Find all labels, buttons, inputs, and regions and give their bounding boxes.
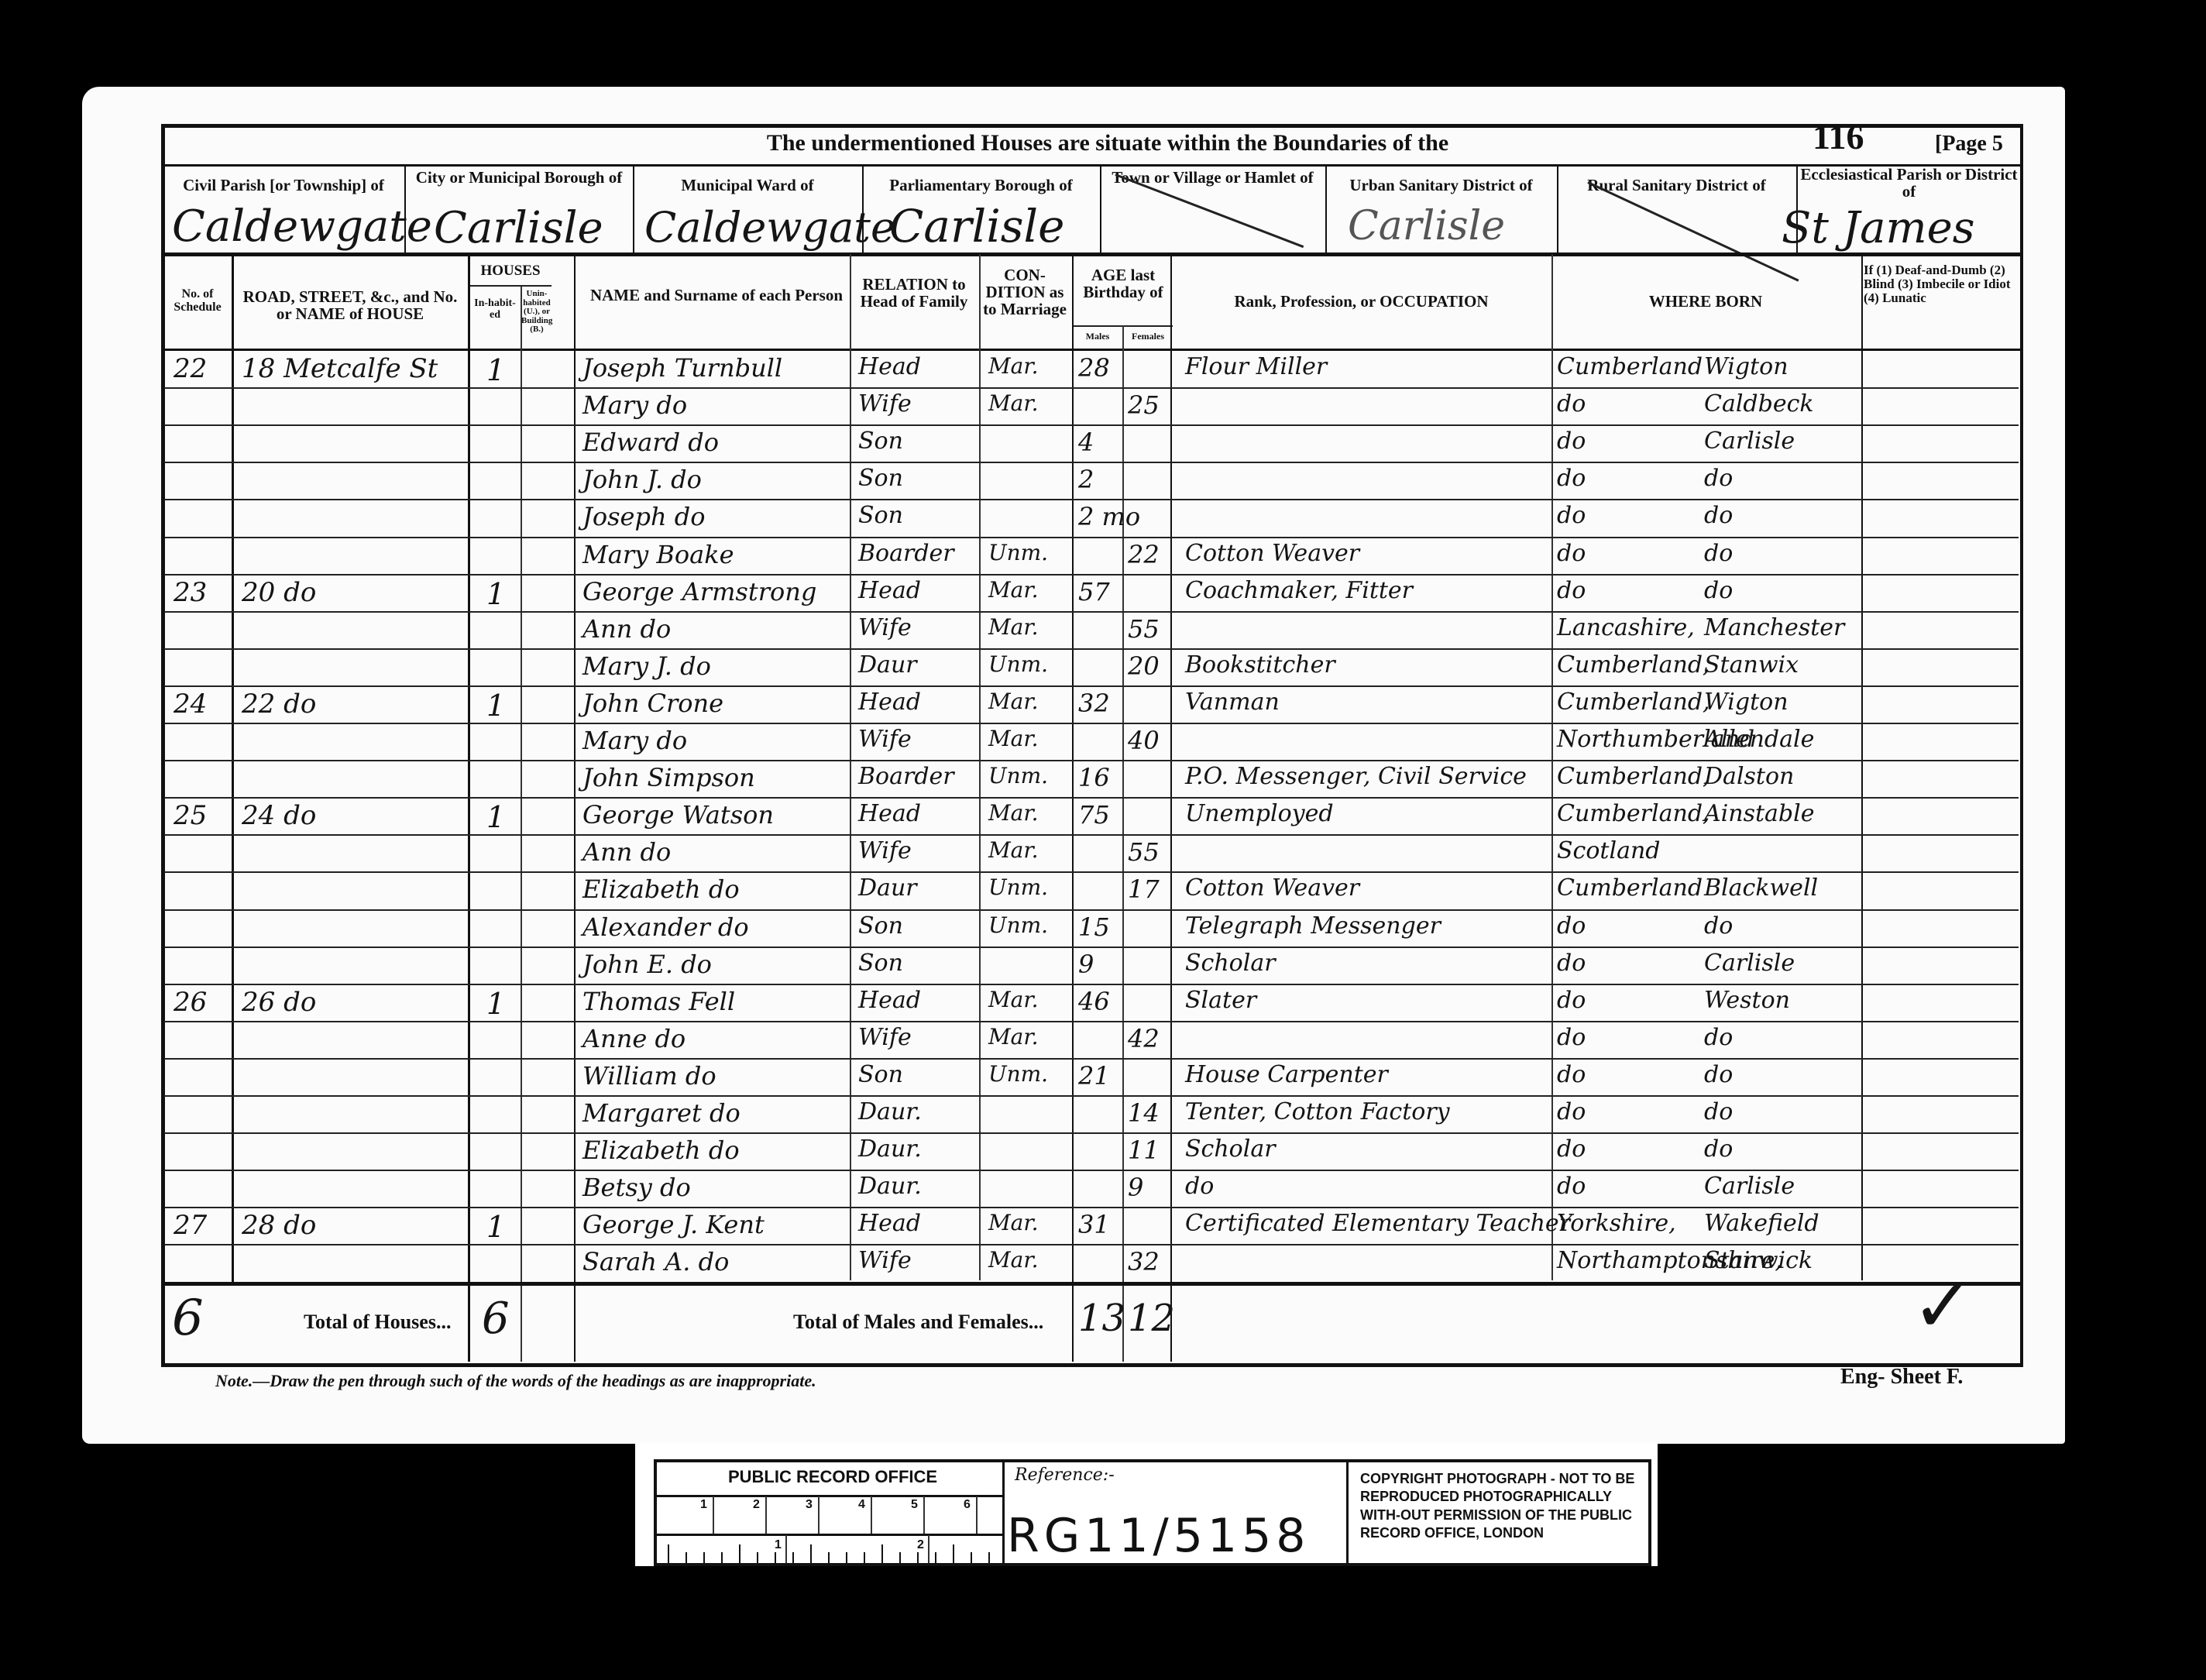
cell-name: John Crone — [582, 689, 723, 718]
cell-name: Sarah A. do — [582, 1247, 729, 1276]
page-title: The undermentioned Houses are situate wi… — [759, 130, 1456, 156]
cell-condition: Mar. — [988, 689, 1039, 714]
scale-label: 4 — [858, 1498, 865, 1512]
cell-born-county: do — [1557, 912, 1586, 940]
cell-condition: Unm. — [988, 763, 1048, 788]
cell-road: 24 do — [242, 800, 316, 831]
cell-road: 26 do — [242, 987, 316, 1018]
cell-female-age: 42 — [1128, 1024, 1160, 1053]
cell-relation: Boarder — [858, 540, 954, 567]
cell-born-county: do — [1557, 1098, 1586, 1125]
cell-born-place: do — [1704, 540, 1733, 567]
cell-born-place: do — [1704, 1098, 1733, 1125]
cell-condition: Mar. — [988, 577, 1039, 603]
cell-schedule: 26 — [174, 987, 207, 1018]
row-divider — [164, 648, 2019, 650]
cell-born-place: do — [1704, 912, 1733, 940]
cell-name: John E. do — [582, 950, 712, 979]
cell-name: George J. Kent — [582, 1210, 765, 1239]
col-uninhabited: Unin-habited (U.), or Building (B.) — [521, 290, 552, 335]
cell-relation: Son — [858, 428, 903, 455]
pro-label-divider-2 — [1346, 1459, 1349, 1563]
cell-condition: Unm. — [988, 651, 1048, 677]
cell-male-age: 2 — [1078, 465, 1094, 494]
scale-tick — [988, 1552, 990, 1563]
header-bottom-line — [163, 349, 2022, 351]
cell-female-age: 25 — [1128, 390, 1160, 420]
cell-condition: Mar. — [988, 837, 1039, 863]
cell-name: Anne do — [582, 1024, 686, 1053]
row-divider — [164, 574, 2019, 575]
cell-relation: Wife — [858, 726, 912, 753]
row-divider — [164, 1132, 2019, 1134]
cell-relation: Head — [858, 800, 921, 827]
cell-born-place: Blackwell — [1704, 874, 1818, 902]
cell-born-place: Wigton — [1704, 689, 1789, 716]
cell-road: 18 Metcalfe St — [242, 353, 438, 384]
cell-relation: Wife — [858, 1247, 912, 1274]
cell-relation: Head — [858, 577, 921, 604]
scale-divider — [976, 1496, 978, 1534]
cell-born-county: do — [1557, 502, 1586, 529]
col-road: ROAD, STREET, &c., and No. or NAME of HO… — [234, 288, 466, 322]
scale-tick — [899, 1552, 901, 1563]
cell-inhabited: 1 — [486, 1210, 505, 1244]
cell-condition: Mar. — [988, 1024, 1039, 1050]
divider-road — [468, 254, 470, 1362]
scale-tick — [953, 1544, 954, 1563]
cell-female-age: 22 — [1128, 540, 1160, 569]
cell-condition: Unm. — [988, 540, 1048, 565]
cell-relation: Daur — [858, 874, 917, 902]
row-divider — [164, 909, 2019, 911]
divider-name — [850, 254, 851, 1280]
cell-condition: Unm. — [988, 1061, 1048, 1087]
cell-born-county: do — [1557, 428, 1586, 455]
cell-born-place: Carlisle — [1704, 950, 1795, 977]
cell-born-place: Carlisle — [1704, 428, 1795, 455]
cell-name: George Armstrong — [582, 577, 816, 606]
cell-born-place: Ainstable — [1704, 800, 1814, 827]
cell-occupation: do — [1185, 1173, 1214, 1200]
row-divider — [164, 1058, 2019, 1060]
row-divider — [164, 1207, 2019, 1208]
cell-occupation: P.O. Messenger, Civil Service — [1185, 763, 1527, 790]
row-divider — [164, 1244, 2019, 1245]
cell-born-county: do — [1557, 465, 1586, 492]
cell-born-county: Cumberland, — [1557, 800, 1710, 827]
row-divider — [164, 984, 2019, 985]
cell-born-county: Yorkshire, — [1557, 1210, 1676, 1237]
cell-occupation: Slater — [1185, 987, 1256, 1014]
cell-relation: Son — [858, 1061, 903, 1088]
cell-born-county: do — [1557, 1061, 1586, 1088]
divider-condition — [1072, 254, 1074, 1362]
col-females: Females — [1124, 332, 1172, 342]
divider-schedule — [232, 254, 234, 1284]
scale-divider — [765, 1496, 767, 1534]
cell-relation: Son — [858, 465, 903, 492]
scale-tick — [686, 1552, 687, 1563]
scale-divider — [818, 1496, 820, 1534]
cell-occupation: Tenter, Cotton Factory — [1185, 1098, 1450, 1125]
title-divider — [163, 164, 2022, 167]
scale-tick — [775, 1552, 776, 1563]
cell-born-county: do — [1557, 987, 1586, 1014]
reference-label: Reference:- — [1015, 1465, 1115, 1485]
cell-occupation: Coachmaker, Fitter — [1185, 577, 1413, 604]
cell-born-place: do — [1704, 1024, 1733, 1051]
cell-relation: Head — [858, 353, 921, 380]
scale-tick — [828, 1552, 830, 1563]
row-divider — [164, 760, 2019, 761]
houses-total-label: Total of Houses... — [304, 1311, 451, 1334]
col-houses: HOUSES — [469, 263, 551, 279]
cell-female-age: 14 — [1128, 1098, 1160, 1128]
cell-relation: Son — [858, 950, 903, 977]
civil-parish-value: Caldewgate — [172, 201, 432, 252]
cell-name: Elizabeth do — [582, 874, 740, 904]
cell-born-county: Lancashire, — [1557, 614, 1695, 641]
cell-male-age: 57 — [1078, 577, 1110, 606]
cell-name: Joseph do — [582, 502, 705, 531]
cell-schedule: 22 — [174, 353, 207, 384]
cell-name: Edward do — [582, 428, 719, 457]
cell-female-age: 9 — [1128, 1173, 1143, 1202]
cell-male-age: 28 — [1078, 353, 1110, 383]
cell-born-county: Cumberland, — [1557, 763, 1710, 790]
row-divider — [164, 611, 2019, 613]
scale-tick — [703, 1552, 705, 1563]
cell-female-age: 20 — [1128, 651, 1160, 681]
cell-inhabited: 1 — [486, 987, 505, 1021]
cell-occupation: Scholar — [1185, 950, 1276, 977]
scale-tick — [881, 1544, 883, 1563]
cell-condition: Mar. — [988, 1247, 1039, 1273]
cell-male-age: 75 — [1078, 800, 1110, 830]
cell-road: 22 do — [242, 689, 316, 720]
ecclesiastical-parish-heading: Ecclesiastical Parish or District of — [1798, 166, 2020, 200]
cell-female-age: 55 — [1128, 614, 1160, 644]
cell-male-age: 21 — [1078, 1061, 1110, 1091]
cell-schedule: 25 — [174, 800, 207, 831]
cell-born-county: do — [1557, 1173, 1586, 1200]
reference-value: RG11/5158 — [1007, 1509, 1310, 1563]
cell-male-age: 46 — [1078, 987, 1110, 1016]
divider-relation — [979, 254, 981, 1280]
scale-label: 6 — [964, 1498, 971, 1512]
cell-male-age: 16 — [1078, 763, 1110, 792]
col-where-born: WHERE BORN — [1552, 293, 1859, 310]
frame-bottom — [163, 1363, 2022, 1367]
scale-tick — [792, 1552, 794, 1563]
scale-tick — [757, 1552, 758, 1563]
cell-born-place: Stanwix — [1704, 651, 1799, 679]
cell-relation: Head — [858, 689, 921, 716]
cell-condition: Mar. — [988, 390, 1039, 416]
municipal-ward-value: Caldewgate — [644, 203, 895, 252]
row-divider — [164, 462, 2019, 463]
cell-occupation: Vanman — [1185, 689, 1280, 716]
cell-born-place: Allendale — [1704, 726, 1814, 753]
cell-born-place: Weston — [1704, 987, 1790, 1014]
cell-relation: Son — [858, 502, 903, 529]
scale-divider — [713, 1496, 714, 1534]
cell-born-county: Cumberland, — [1557, 689, 1710, 716]
municipal-borough-heading: City or Municipal Borough of — [406, 169, 632, 186]
cell-born-place: do — [1704, 577, 1733, 604]
cell-relation: Son — [858, 912, 903, 940]
scale-label: 3 — [806, 1498, 813, 1512]
cell-condition: Mar. — [988, 353, 1039, 379]
cell-relation: Wife — [858, 390, 912, 417]
cell-name: Ann do — [582, 837, 671, 867]
col-occupation: Rank, Profession, or OCCUPATION — [1173, 293, 1549, 310]
pro-title: PUBLIC RECORD OFFICE — [666, 1467, 999, 1487]
cell-schedule: 23 — [174, 577, 207, 608]
page-label: [Page 5 — [1935, 132, 2003, 156]
scale-tick — [721, 1552, 723, 1563]
col-males: Males — [1074, 332, 1122, 342]
houses-subdivider — [469, 285, 551, 287]
cell-female-age: 40 — [1128, 726, 1160, 755]
cell-name: William do — [582, 1061, 716, 1091]
cell-born-county: do — [1557, 540, 1586, 567]
cell-male-age: 31 — [1078, 1210, 1110, 1239]
cell-name: John Simpson — [582, 763, 755, 792]
cell-occupation: Cotton Weaver — [1185, 874, 1359, 902]
cell-born-county: do — [1557, 390, 1586, 417]
cell-name: John J. do — [582, 465, 702, 494]
municipal-ward-heading: Municipal Ward of — [634, 177, 861, 194]
col-age: AGE last Birthday of — [1074, 266, 1173, 301]
cell-schedule: 24 — [174, 689, 207, 720]
cell-condition: Mar. — [988, 800, 1039, 826]
scale-tick — [739, 1544, 740, 1563]
cell-relation: Head — [858, 1210, 921, 1237]
cell-relation: Head — [858, 987, 921, 1014]
col-condition: CON-DITION as to Marriage — [981, 266, 1069, 318]
col-infirmity: If (1) Deaf-and-Dumb (2) Blind (3) Imbec… — [1864, 263, 2019, 305]
row-divider — [164, 499, 2019, 500]
houses-total-value: 6 — [482, 1293, 510, 1344]
cell-name: Betsy do — [582, 1173, 691, 1202]
pro-scale-top-line — [655, 1495, 1004, 1497]
row-divider — [164, 723, 2019, 724]
row-divider — [164, 1170, 2019, 1171]
cell-inhabited: 1 — [486, 689, 505, 723]
cell-occupation: Certificated Elementary Teacher — [1185, 1210, 1570, 1237]
cell-born-county: Cumberland, — [1557, 651, 1710, 679]
cell-female-age: 55 — [1128, 837, 1160, 867]
parliamentary-borough-heading: Parliamentary Borough of — [864, 177, 1098, 194]
cell-occupation: Telegraph Messenger — [1185, 912, 1441, 940]
cell-born-county: do — [1557, 1024, 1586, 1051]
cell-relation: Daur — [858, 651, 917, 679]
cell-occupation: Cotton Weaver — [1185, 540, 1359, 567]
row-divider — [164, 797, 2019, 799]
cell-condition: Unm. — [988, 912, 1048, 938]
males-total: 13 — [1078, 1297, 1125, 1340]
cell-name: Margaret do — [582, 1098, 740, 1128]
cell-born-place: Dalston — [1704, 763, 1794, 790]
col-name: NAME and Surname of each Person — [589, 287, 844, 304]
schedules-total: 6 — [172, 1290, 204, 1347]
pro-label: PUBLIC RECORD OFFICE 1 2 3 4 5 6 1 2 Ref… — [635, 1442, 1658, 1566]
cell-occupation: Flour Miller — [1185, 353, 1327, 380]
cell-male-age: 32 — [1078, 689, 1110, 718]
scale-tick — [810, 1544, 812, 1563]
cell-born-place: do — [1704, 502, 1733, 529]
scale-label: 2 — [753, 1498, 760, 1512]
cell-relation: Boarder — [858, 763, 954, 790]
cell-born-county: do — [1557, 1135, 1586, 1163]
urban-sanitary-heading: Urban Sanitary District of — [1327, 177, 1555, 194]
boundaries-divider — [163, 253, 2022, 256]
cell-name: Joseph Turnbull — [582, 353, 782, 383]
persons-total-label: Total of Males and Females... — [793, 1311, 1043, 1334]
scale-divider — [923, 1496, 925, 1534]
cell-female-age: 11 — [1128, 1135, 1160, 1165]
cell-inhabited: 1 — [486, 353, 505, 387]
cell-born-place: Stanwick — [1704, 1247, 1813, 1274]
cell-inhabited: 1 — [486, 800, 505, 834]
cell-name: George Watson — [582, 800, 774, 830]
cell-relation: Wife — [858, 1024, 912, 1051]
cell-born-county: do — [1557, 577, 1586, 604]
cell-born-county: do — [1557, 950, 1586, 977]
cell-occupation: Scholar — [1185, 1135, 1276, 1163]
cell-condition: Unm. — [988, 874, 1048, 900]
frame-top — [163, 124, 2022, 128]
cell-condition: Mar. — [988, 987, 1039, 1012]
divider-occupation — [1551, 254, 1553, 1280]
frame-right — [2020, 124, 2023, 1367]
cell-male-age: 4 — [1078, 428, 1094, 457]
row-divider — [164, 537, 2019, 538]
cell-name: Mary Boake — [582, 540, 734, 569]
cell-relation: Daur. — [858, 1098, 922, 1125]
cell-born-county: Scotland — [1557, 837, 1660, 864]
folio-number: 116 — [1813, 116, 1864, 157]
cell-born-place: Caldbeck — [1704, 390, 1814, 417]
totals-divider — [163, 1282, 2022, 1286]
cell-occupation: Bookstitcher — [1185, 651, 1335, 679]
scale-label: 5 — [911, 1498, 918, 1512]
scale-tick — [917, 1552, 919, 1563]
scale-tick — [971, 1552, 972, 1563]
row-divider — [164, 1021, 2019, 1022]
cell-female-age: 32 — [1128, 1247, 1160, 1276]
cell-condition: Mar. — [988, 726, 1039, 751]
cell-born-place: Carlisle — [1704, 1173, 1795, 1200]
cell-born-place: Manchester — [1704, 614, 1844, 641]
cell-born-place: Wigton — [1704, 353, 1789, 380]
ecclesiastical-parish-value: St James — [1782, 203, 1974, 253]
divider-where-born — [1861, 254, 1863, 1280]
cell-inhabited: 1 — [486, 577, 505, 611]
cell-occupation: House Carpenter — [1185, 1061, 1388, 1088]
copyright-notice: COPYRIGHT PHOTOGRAPH - NOT TO BE REPRODU… — [1360, 1470, 1639, 1543]
col-schedule: No. of Schedule — [164, 288, 231, 314]
divider-inhabited — [521, 287, 522, 1362]
row-divider — [164, 834, 2019, 836]
cell-name: Elizabeth do — [582, 1135, 740, 1165]
cell-name: Mary do — [582, 726, 687, 755]
cell-road: 28 do — [242, 1210, 316, 1241]
cell-name: Ann do — [582, 614, 671, 644]
cell-name: Mary do — [582, 390, 687, 420]
cell-condition: Mar. — [988, 1210, 1039, 1235]
parliamentary-borough-value: Carlisle — [889, 200, 1064, 253]
row-divider — [164, 685, 2019, 687]
municipal-borough-value: Carlisle — [434, 203, 603, 253]
cell-relation: Daur. — [858, 1135, 922, 1163]
cell-male-age: 15 — [1078, 912, 1110, 942]
cell-male-age: 2 mo — [1078, 502, 1140, 531]
cell-born-county: Cumberland — [1557, 353, 1703, 380]
cell-born-place: do — [1704, 1135, 1733, 1163]
footer-note: Note.—Draw the pen through such of the w… — [215, 1371, 816, 1391]
cell-road: 20 do — [242, 577, 316, 608]
urban-sanitary-value: Carlisle — [1348, 203, 1505, 249]
cell-name: Mary J. do — [582, 651, 711, 681]
cell-name: Alexander do — [582, 912, 749, 942]
row-divider — [164, 947, 2019, 948]
scale-ticks — [655, 1535, 1004, 1563]
scale-tick — [864, 1552, 865, 1563]
cell-born-county: Cumberland — [1557, 874, 1703, 902]
col-relation: RELATION to Head of Family — [852, 276, 976, 310]
sheet-label: Eng- Sheet F. — [1840, 1365, 1963, 1390]
scale-divider — [871, 1496, 872, 1534]
divider-females — [1170, 254, 1172, 1362]
civil-parish-heading: Civil Parish [or Township] of — [164, 177, 403, 194]
col-inhabited: In-habit-ed — [469, 298, 521, 321]
cell-schedule: 27 — [174, 1210, 207, 1241]
females-total: 12 — [1128, 1297, 1175, 1340]
scale-tick — [935, 1552, 936, 1563]
cell-occupation: Unemployed — [1185, 800, 1334, 827]
scale-tick — [668, 1544, 669, 1563]
scale-label: 1 — [700, 1498, 707, 1512]
row-divider — [164, 424, 2019, 426]
cell-condition: Mar. — [988, 614, 1039, 640]
cell-name: Thomas Fell — [582, 987, 735, 1016]
scale-tick — [846, 1552, 847, 1563]
divider-uninhabited — [574, 254, 576, 1362]
cell-born-place: do — [1704, 1061, 1733, 1088]
cell-relation: Wife — [858, 614, 912, 641]
cell-born-place: do — [1704, 465, 1733, 492]
row-divider — [164, 1095, 2019, 1097]
cell-born-place: Wakefield — [1704, 1210, 1819, 1237]
row-divider — [164, 871, 2019, 873]
checkmark-icon: ✓ — [1912, 1263, 1974, 1349]
cell-relation: Daur. — [858, 1173, 922, 1200]
row-divider — [164, 387, 2019, 389]
divider-males — [1122, 325, 1124, 1362]
cell-relation: Wife — [858, 837, 912, 864]
cell-female-age: 17 — [1128, 874, 1160, 904]
cell-male-age: 9 — [1078, 950, 1094, 979]
